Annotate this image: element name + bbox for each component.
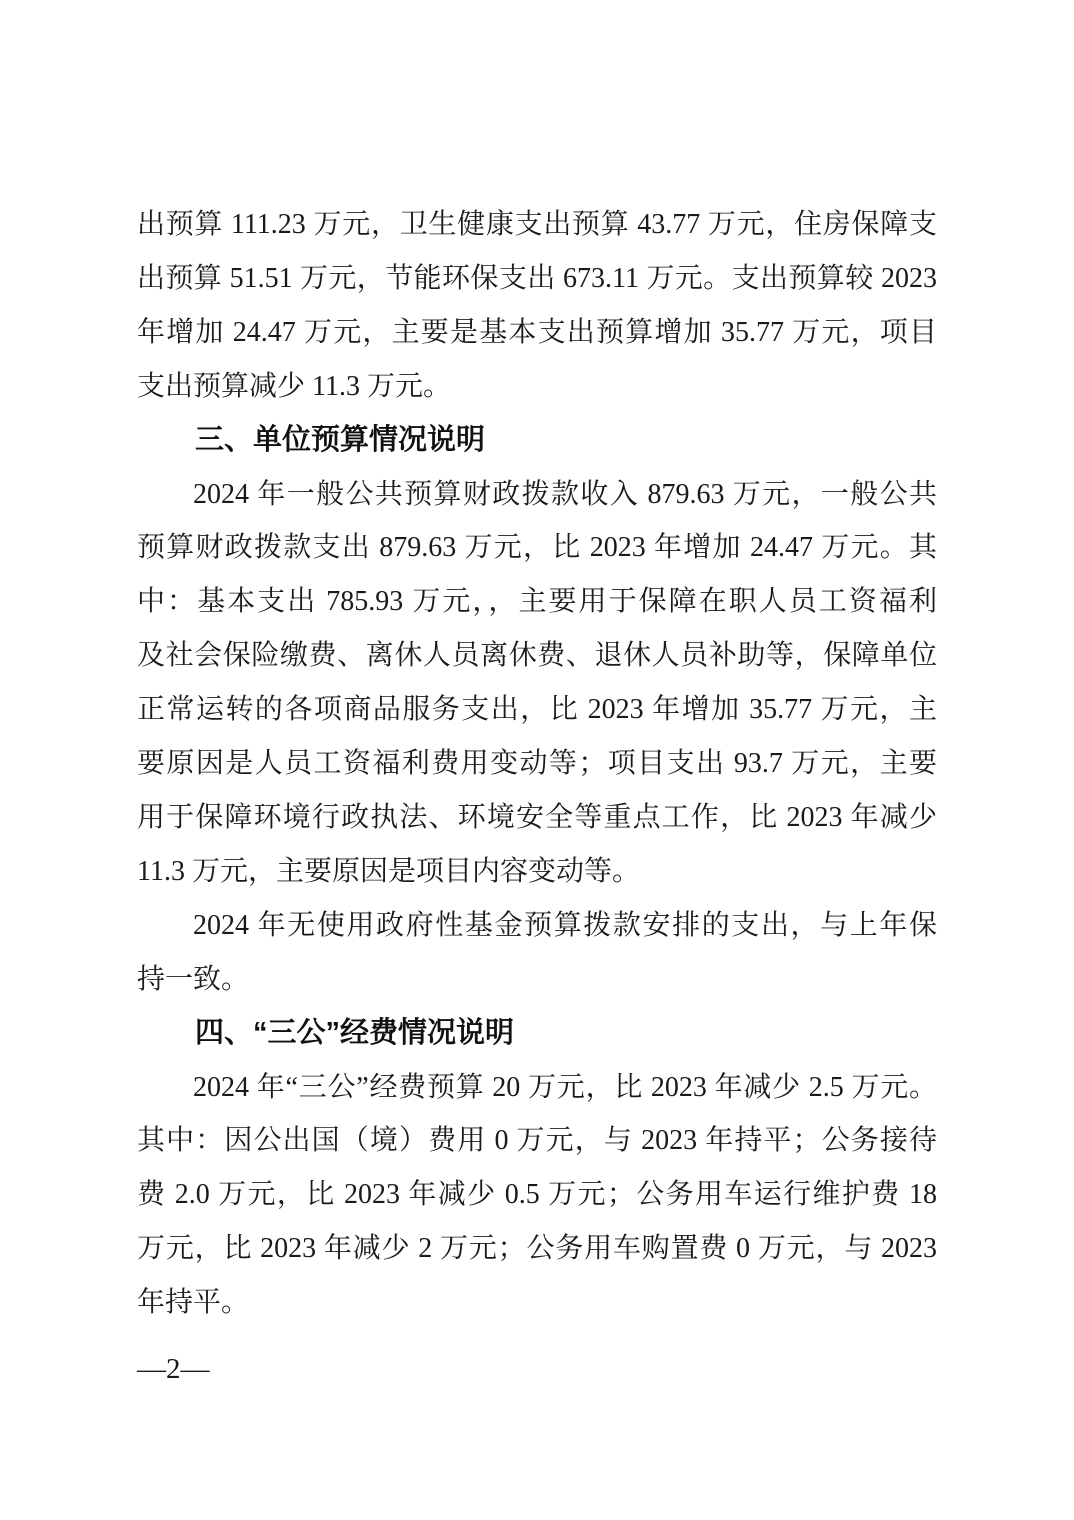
paragraph: 2024 年一般公共预算财政拨款收入 879.63 万元，一般公共预算财政拨款支… [137, 468, 937, 899]
text-line: 中：基本支出 785.93 万元，，主要用于保障在职人员工资福利 [137, 575, 937, 629]
text-line: 出预算 111.23 万元，卫生健康支出预算 43.77 万元，住房保障支 [137, 198, 937, 252]
text-line: 费 2.0 万元，比 2023 年减少 0.5 万元；公务用车运行维护费 18 [137, 1168, 937, 1222]
text-line: 持一致。 [137, 953, 937, 1007]
text-line: 正常运转的各项商品服务支出，比 2023 年增加 35.77 万元，主 [137, 683, 937, 737]
text-line: 用于保障环境行政执法、环境安全等重点工作，比 2023 年减少 [137, 791, 937, 845]
text-line: 预算财政拨款支出 879.63 万元，比 2023 年增加 24.47 万元。其 [137, 521, 937, 575]
paragraph: 2024 年无使用政府性基金预算拨款安排的支出，与上年保持一致。 [137, 899, 937, 1007]
document-content: 出预算 111.23 万元，卫生健康支出预算 43.77 万元，住房保障支出预算… [137, 198, 937, 1330]
text-line: 出预算 51.51 万元，节能环保支出 673.11 万元。支出预算较 2023 [137, 252, 937, 306]
text-line: 2024 年无使用政府性基金预算拨款安排的支出，与上年保 [137, 899, 937, 953]
text-line: 要原因是人员工资福利费用变动等；项目支出 93.7 万元，主要 [137, 737, 937, 791]
text-line: 年增加 24.47 万元，主要是基本支出预算增加 35.77 万元，项目 [137, 306, 937, 360]
section-heading: 四、“三公”经费情况说明 [137, 1007, 937, 1061]
text-line: 11.3 万元，主要原因是项目内容变动等。 [137, 845, 937, 899]
text-line: 万元，比 2023 年减少 2 万元；公务用车购置费 0 万元，与 2023 [137, 1222, 937, 1276]
paragraph: 2024 年“三公”经费预算 20 万元，比 2023 年减少 2.5 万元。其… [137, 1061, 937, 1331]
text-line: 支出预算减少 11.3 万元。 [137, 360, 937, 414]
page-number: —2— [137, 1352, 210, 1386]
text-line: 2024 年一般公共预算财政拨款收入 879.63 万元，一般公共 [137, 468, 937, 522]
text-line: 2024 年“三公”经费预算 20 万元，比 2023 年减少 2.5 万元。 [137, 1061, 937, 1115]
paragraph: 出预算 111.23 万元，卫生健康支出预算 43.77 万元，住房保障支出预算… [137, 198, 937, 414]
document-page: 出预算 111.23 万元，卫生健康支出预算 43.77 万元，住房保障支出预算… [0, 0, 1074, 1520]
text-line: 年持平。 [137, 1276, 937, 1330]
text-line: 及社会保险缴费、离休人员离休费、退休人员补助等，保障单位 [137, 629, 937, 683]
section-heading: 三、单位预算情况说明 [137, 414, 937, 468]
text-line: 其中：因公出国（境）费用 0 万元，与 2023 年持平；公务接待 [137, 1114, 937, 1168]
